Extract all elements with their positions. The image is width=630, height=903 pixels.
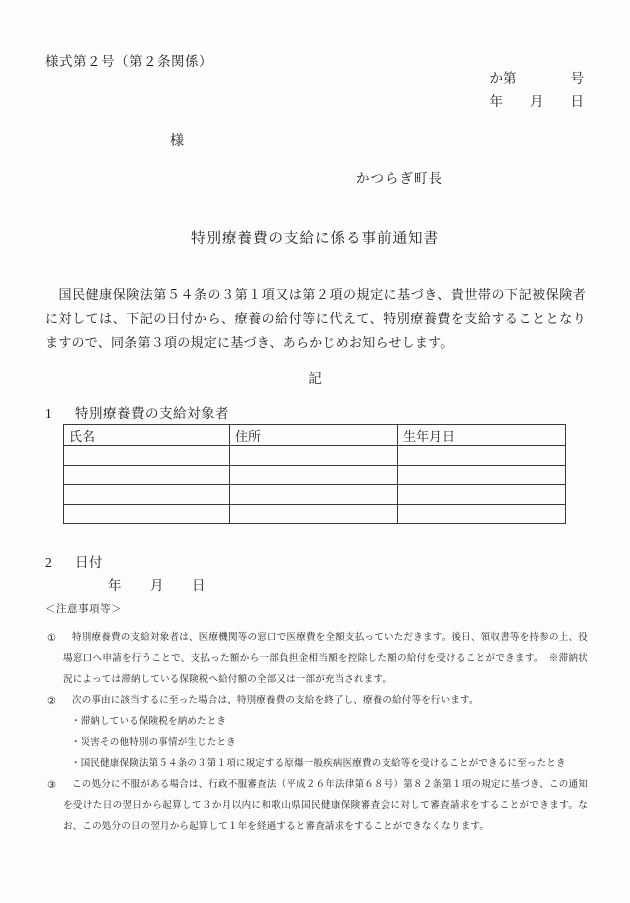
notes-section: ＜注意事項等＞ ① 特別療養費の支給対象者は、医療機関等の窓口で医療費を全額支払…: [45, 601, 588, 838]
note-text: 特別療養費の支給対象者は、医療機関等の窓口で医療費を全額支払っていただきます。後…: [63, 628, 588, 691]
table-row: [64, 446, 566, 466]
ki-label: 記: [0, 367, 630, 387]
header-ref-block: か第 号 年 月 日: [490, 67, 585, 113]
cell-birthdate: [398, 465, 566, 485]
section1-heading: 1特別療養費の支給対象者: [45, 402, 229, 422]
table-row: [64, 485, 566, 505]
note-item-2: ② 次の事由に該当するに至った場合は、特別療養費の支給を終了し、療養の給付等を行…: [45, 691, 588, 775]
body-paragraph: 国民健康保険法第５４条の３第１項又は第２項の規定に基づき、貴世帯の下記被保険者に…: [45, 283, 586, 355]
cell-address: [230, 485, 398, 505]
note-item-1: ① 特別療養費の支給対象者は、医療機関等の窓口で医療費を全額支払っていただきます…: [45, 628, 588, 691]
note-item-3: ③ この処分に不服がある場合は、行政不服審査法（平成２６年法律第６８号）第８２条…: [45, 775, 588, 838]
cell-birthdate: [398, 446, 566, 466]
cell-birthdate: [398, 485, 566, 505]
ref-number-line: か第 号: [490, 67, 585, 90]
note-text: 次の事由に該当するに至った場合は、特別療養費の支給を終了し、療養の給付等を行いま…: [63, 691, 588, 712]
form-number: 様式第２号（第２条関係）: [45, 50, 213, 70]
note-bullet: ・災害その他特別の事情が生じたとき: [63, 733, 588, 754]
document-title: 特別療養費の支給に係る事前通知書: [0, 227, 630, 248]
section2-heading: 2日付: [45, 551, 103, 571]
section1-title: 特別療養費の支給対象者: [75, 406, 229, 421]
cell-address: [230, 446, 398, 466]
document-page: 様式第２号（第２条関係） か第 号 年 月 日 様 かつらぎ町長 特別療養費の支…: [0, 0, 630, 903]
section1-number: 1: [45, 406, 75, 422]
note-number: ②: [47, 691, 56, 712]
section2-title: 日付: [75, 555, 103, 570]
issue-date-line: 年 月 日: [490, 90, 585, 113]
sender-name: かつらぎ町長: [356, 167, 443, 187]
table-header-row: 氏名 住所 生年月日: [64, 425, 566, 446]
table-header-birthdate: 生年月日: [398, 425, 566, 446]
cell-address: [230, 465, 398, 485]
section2-date-line: 年 月 日: [108, 574, 206, 594]
note-number: ③: [47, 775, 56, 796]
table-header-address: 住所: [230, 425, 398, 446]
recipients-table: 氏名 住所 生年月日: [63, 424, 566, 524]
table-header-name: 氏名: [64, 425, 230, 446]
table-row: [64, 465, 566, 485]
section2-number: 2: [45, 555, 75, 571]
note-bullet: ・滞納している保険税を納めたとき: [63, 712, 588, 733]
cell-address: [230, 504, 398, 524]
cell-name: [64, 465, 230, 485]
cell-name: [64, 446, 230, 466]
note-number: ①: [47, 628, 56, 649]
note-bullet: ・国民健康保険法第５４条の３第１項に規定する原爆一般疾病医療費の支給等を受けるこ…: [63, 754, 588, 775]
note-text: この処分に不服がある場合は、行政不服審査法（平成２６年法律第６８号）第８２条第１…: [63, 775, 588, 838]
table-row: [64, 504, 566, 524]
addressee-honorific: 様: [170, 130, 184, 150]
notes-heading: ＜注意事項等＞: [45, 601, 588, 616]
cell-name: [64, 485, 230, 505]
cell-name: [64, 504, 230, 524]
cell-birthdate: [398, 504, 566, 524]
